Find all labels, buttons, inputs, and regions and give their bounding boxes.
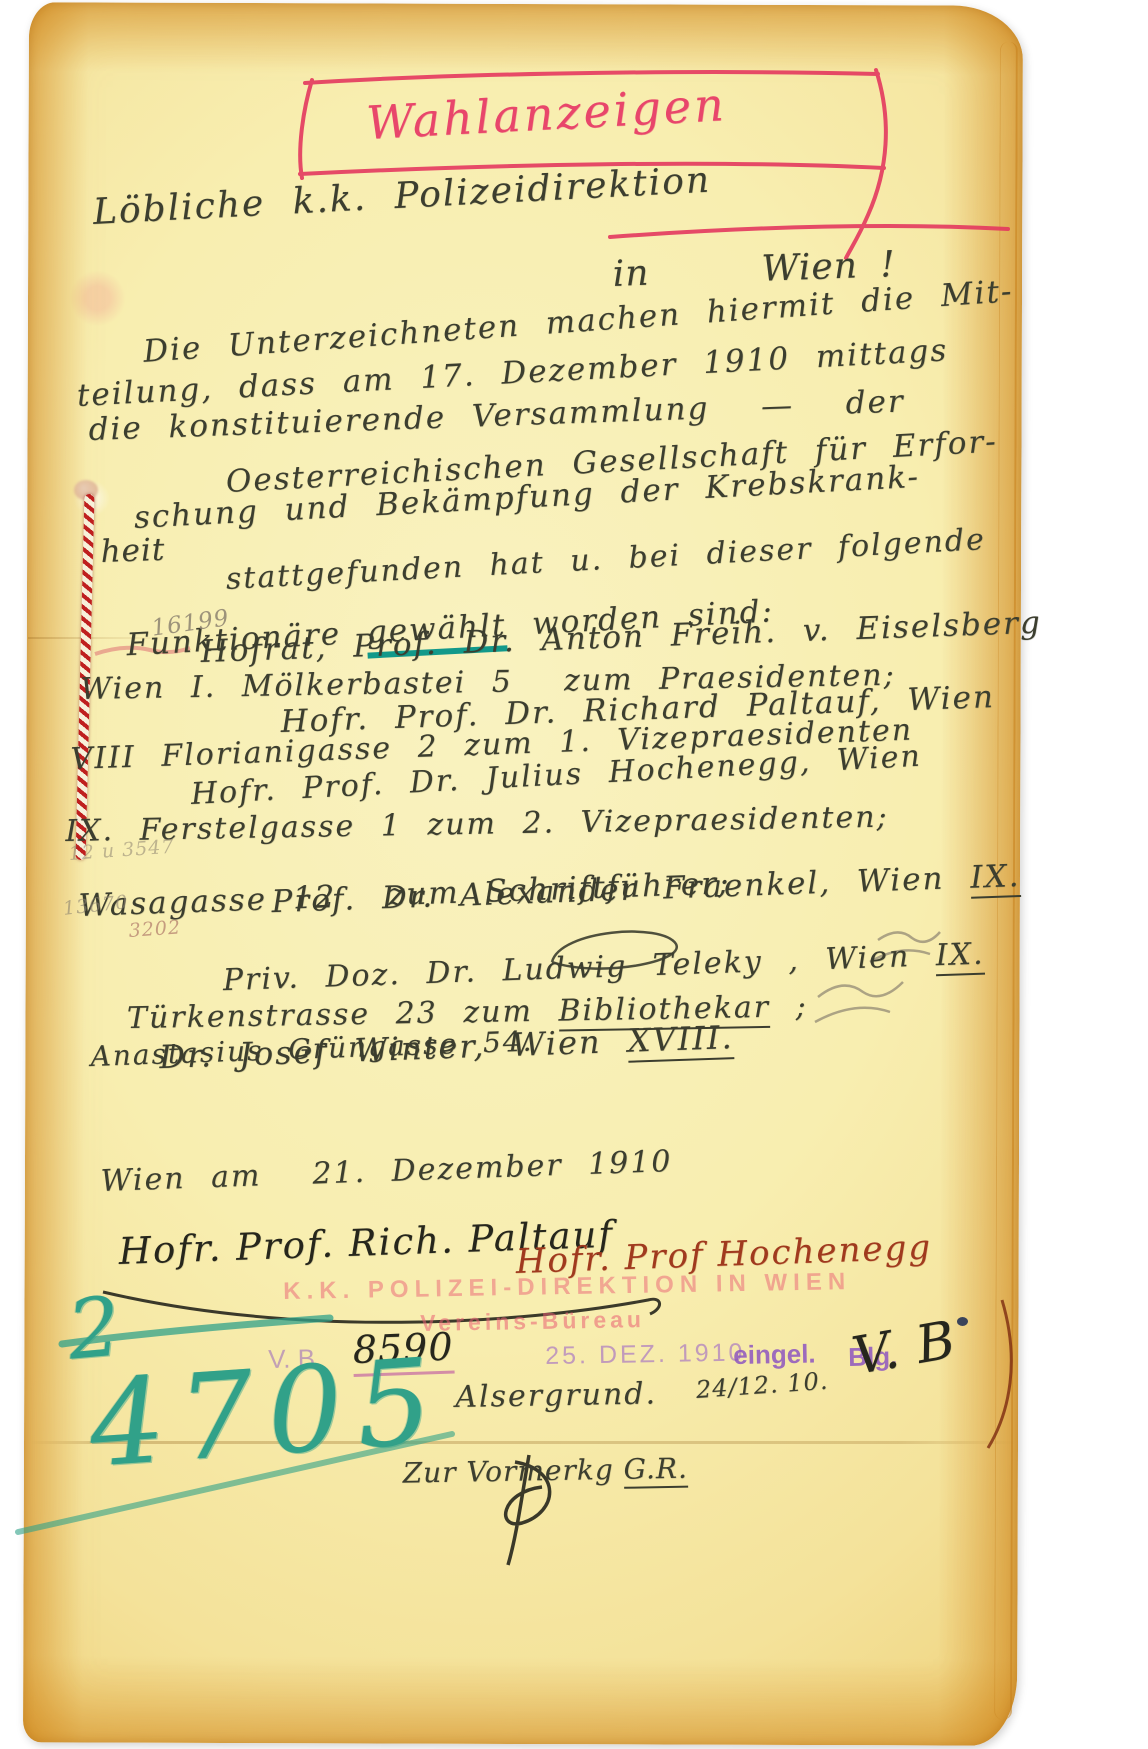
district-underlined: IX.	[970, 858, 1022, 899]
office-stamp-line2: Vereins-Büreau	[420, 1306, 645, 1337]
document-scan: { "colors": { "paper_center": "#f8efb4",…	[0, 0, 1148, 1749]
received-date-stamp: 25. DEZ. 1910	[545, 1339, 746, 1371]
vormerk-text: Zur Vormerkg	[402, 1453, 624, 1490]
margin-number: 3202	[128, 916, 182, 942]
ink-blot	[957, 1317, 968, 1326]
body-line-part: ;	[770, 989, 808, 1025]
district-underlined: IX.	[935, 937, 985, 977]
eingel-stamp: eingel.	[733, 1339, 816, 1371]
body-line: heit	[100, 532, 166, 570]
district-underlined: XVIII.	[627, 1018, 734, 1063]
vormerk-note: Zur Vormerkg G.R.	[382, 1419, 688, 1490]
district-note: Alsergrund.	[455, 1376, 657, 1415]
vormerk-initials: G.R.	[623, 1452, 688, 1489]
